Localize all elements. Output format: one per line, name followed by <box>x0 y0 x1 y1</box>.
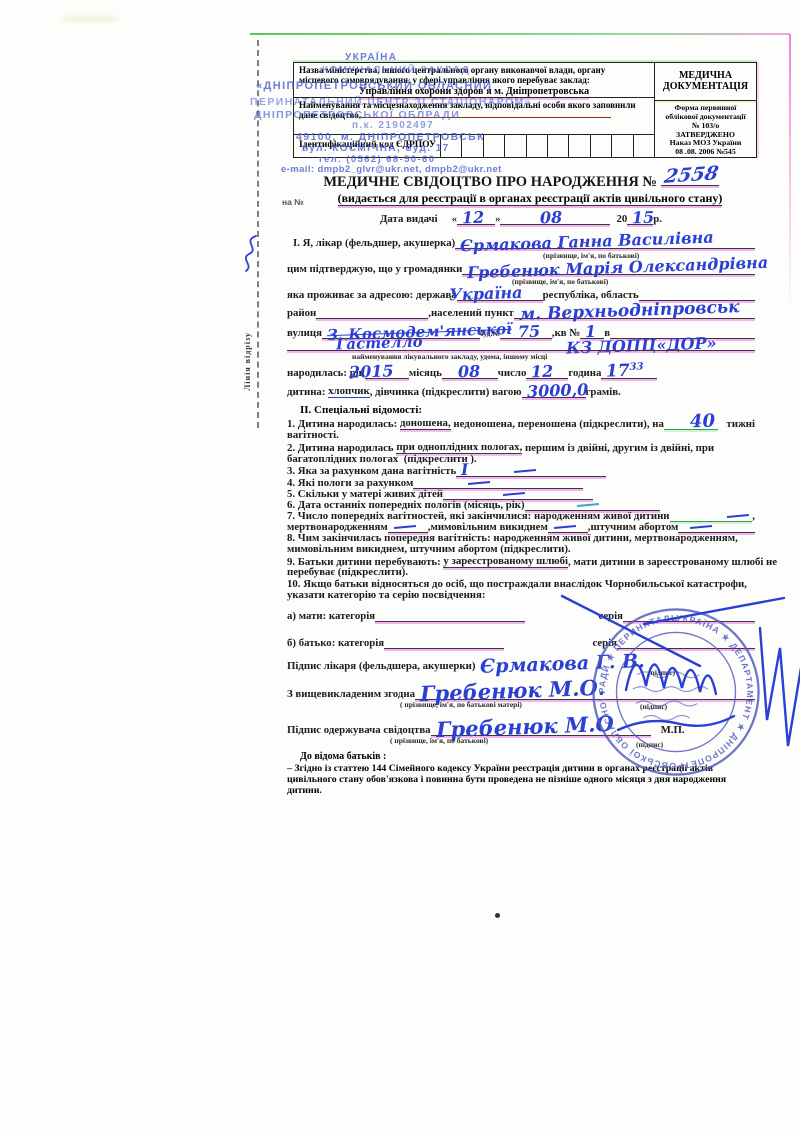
scan-right-edge-line <box>789 34 791 314</box>
birth-month-handwritten: 08 <box>458 364 481 381</box>
item1-row2: вагітності. <box>287 429 755 441</box>
issue-year-handwritten: 15 <box>632 210 655 227</box>
scan-top-edge-line <box>250 33 790 35</box>
receiver-caption: ( прізвище, ім'я, по батькові) <box>390 736 488 745</box>
birth-hour-label: година <box>568 367 601 379</box>
issue-month-handwritten: 08 <box>540 210 563 227</box>
item1-text3: вагітності. <box>287 429 339 441</box>
item9-row2: перебуває (підкреслити). <box>287 566 755 578</box>
mother-category-label: а) мати: категорія <box>287 610 375 622</box>
birth-month-blank: 08 <box>442 375 498 379</box>
pen-squiggle-mark <box>238 232 264 274</box>
issue-year-blank: 15 <box>627 221 653 225</box>
item3-row: 3. Яка за рахунком дана вагітність І <box>287 465 755 477</box>
issue-date-label: Дата видачі <box>380 213 438 225</box>
form-approval-block: Форма первинної облікової документації №… <box>655 101 756 157</box>
item8-text2: мимовільним викиднем, штучним абортом (п… <box>287 543 571 555</box>
agree-label: З вищевикладеним згодна <box>287 688 415 700</box>
institution-stamp-line: п.к. 21902497 <box>352 120 434 131</box>
birth-date-row: народилась: рік 2015 місяць 08 число 12 … <box>287 367 755 379</box>
edrpou-cell <box>547 135 568 157</box>
region-label: республіка, область <box>543 289 639 301</box>
institution-stamp-line: ПЕРИНАТАЛЬНИЙ ЦЕНТР ЗІ СТАЦІОНАРОМ» <box>250 96 532 108</box>
country-handwritten: Україна <box>448 285 522 304</box>
issue-date-row: Дата видачі « 12 » 08 20 15 р. <box>287 213 755 225</box>
med-doc-title-line2: ДОКУМЕНТАЦІЯ <box>655 81 756 92</box>
street-label: вулиця <box>287 327 322 339</box>
pen-dash <box>554 525 576 529</box>
pen-dash <box>394 525 416 529</box>
building-blank: 75 <box>500 335 552 339</box>
agree-caption: ( прізвище, ім'я, по батькові матері) <box>400 700 522 709</box>
weight-blank: 3000,0 <box>522 394 586 398</box>
item8-row2: мимовільним викиднем, штучним абортом (п… <box>287 543 755 555</box>
facility-caption: найменування лікувального закладу, удома… <box>352 352 547 361</box>
item3-handwritten: І <box>461 462 469 478</box>
header-right-cell: МЕДИЧНА ДОКУМЕНТАЦІЯ Форма первинної обл… <box>654 63 756 157</box>
pen-scribbles <box>548 580 800 800</box>
med-doc-title-line1: МЕДИЧНА <box>655 70 756 81</box>
year-prefix: 20 <box>616 213 627 225</box>
cut-line-label: Лінія відрізу <box>243 332 252 391</box>
item2-row2: багатоплідних пологах (підкреслити ). <box>287 453 755 465</box>
section2-heading: ІІ. Спеціальні відомості: <box>300 404 422 416</box>
confirm-label: цим підтверджую, що у громадянки <box>287 263 462 275</box>
document-title: МЕДИЧНЕ СВІДОЦТВО ПРО НАРОДЖЕННЯ № 2558 <box>287 174 755 191</box>
certificate-number-handwritten: 2558 <box>662 162 720 188</box>
pen-dash <box>503 492 525 496</box>
child-sex-weight-row: дитина: хлопчик , дівчинка (підкреслити)… <box>287 385 755 398</box>
med-doc-title: МЕДИЧНА ДОКУМЕНТАЦІЯ <box>655 63 756 100</box>
institution-stamp-line: КОМУНАЛЬНИЙ ЗАКЛАД <box>322 65 470 76</box>
birth-day-label: число <box>498 367 527 379</box>
edrpou-cell <box>526 135 547 157</box>
child-sex-rest-label: , дівчинка (підкреслити) вагою <box>370 386 522 398</box>
birth-year-handwritten: 2015 <box>349 363 394 381</box>
birth-month-label: місяць <box>409 367 442 379</box>
document-subtitle: (видається для реєстрації в органах реєс… <box>305 191 755 206</box>
mother-category-blank <box>375 618 525 622</box>
certificate-number-blank: 2558 <box>661 182 719 186</box>
pen-dash <box>727 514 749 518</box>
issue-day-blank: 12 <box>457 221 495 225</box>
birth-hour-handwritten: 17 <box>606 361 630 382</box>
institution-stamp-line: 49100, м. ДНІПРОПЕТРОВСЬК <box>296 131 485 143</box>
item3-label: 3. Яка за рахунком дана вагітність <box>287 465 456 477</box>
edrpou-cell <box>504 135 525 157</box>
scanned-birth-certificate: Лінія відрізу Назва міністерства, іншого… <box>0 0 800 1130</box>
mother-row: цим підтверджую, що у громадянки Гребеню… <box>287 263 755 275</box>
ink-speck <box>495 913 500 918</box>
country-blank: Україна <box>457 297 543 301</box>
pen-dash <box>577 503 599 507</box>
pen-dash <box>468 481 490 485</box>
year-suffix: р. <box>653 213 662 225</box>
weight-handwritten: 3000,0 <box>526 382 588 400</box>
child-sex-boy-underlined: хлопчик <box>328 385 370 398</box>
na-no-label: на № <box>282 197 304 207</box>
building-handwritten: 75 <box>518 324 541 341</box>
document-subtitle-text: (видається для реєстрації в органах реєс… <box>338 191 723 206</box>
child-label: дитина: <box>287 386 328 398</box>
birth-minutes-handwritten: 33 <box>630 361 644 372</box>
institution-stamp-line: вул. КОСМІЧНА, буд. 17 <box>302 143 450 154</box>
item10-text2: указати категорію та серію посвідчення: <box>287 589 485 601</box>
institution-stamp-line: «ДНІПРОПЕТРОВСЬКИЙ ОБЛАСНИЙ <box>256 80 492 92</box>
issue-day-handwritten: 12 <box>462 210 485 227</box>
doctor-name-blank: Єрмакова Ганна Василівна <box>455 245 755 249</box>
edrpou-cell <box>483 135 504 157</box>
father-category-label: б) батько: категорія <box>287 637 384 649</box>
birth-day-blank: 12 <box>526 375 568 379</box>
settlement-blank: м. Верхньодніпровськ <box>514 315 755 319</box>
item9-text3: перебуває (підкреслити). <box>287 566 408 578</box>
receiver-label: Підпис одержувача свідоцтва <box>287 724 431 736</box>
address-row-2: район ,населений пункт м. Верхньодніпров… <box>287 307 755 319</box>
edrpou-cell <box>611 135 632 157</box>
item2-text3: багатоплідних пологах (підкреслити ). <box>287 453 477 465</box>
address-label: яка проживає за адресою: держава <box>287 289 457 301</box>
birth-day-handwritten: 12 <box>531 364 554 381</box>
scan-smudge <box>60 16 120 22</box>
facility-line-row <box>287 347 755 351</box>
edrpou-cell <box>633 135 654 157</box>
settlement-label: ,населений пункт <box>428 307 514 319</box>
document-title-text: МЕДИЧНЕ СВІДОЦТВО ПРО НАРОДЖЕННЯ № <box>323 174 657 190</box>
pen-dash <box>514 469 536 473</box>
father-category-blank <box>384 645 504 649</box>
facility-handwritten: КЗ ДОПЦ«ДОР» <box>566 335 717 356</box>
apartment-label: ,кв № <box>552 327 580 339</box>
birth-year-blank: 2015 <box>365 375 409 379</box>
settlement-handwritten: м. Верхньодніпровськ <box>519 299 740 324</box>
doctor-signature-label: Підпис лікаря (фельдшера, акушерки) <box>287 660 475 672</box>
district-label: район <box>287 307 316 319</box>
parents-note-heading: До відома батьків : <box>300 751 386 762</box>
grams-label: грамів. <box>586 386 621 398</box>
doctor-row: І. Я, лікар (фельдшер, акушерка) Єрмаков… <box>287 237 755 249</box>
mother-name-blank: Гребенюк Марія Олександрівна <box>462 271 755 275</box>
doctor-label: І. Я, лікар (фельдшер, акушерка) <box>287 237 455 249</box>
name-caption: (прізвище, ім'я, по батькові) <box>512 277 608 286</box>
facility-name-blank <box>287 347 755 351</box>
edrpou-cell <box>590 135 611 157</box>
issue-month-blank: 08 <box>500 221 610 225</box>
pen-dash <box>690 525 712 529</box>
birth-hour-blank: 1733 <box>601 375 657 379</box>
district-blank <box>316 315 428 319</box>
institution-stamp-line: УКРАЇНА <box>345 52 397 63</box>
edrpou-cell <box>568 135 589 157</box>
form-line: 08 .08. 2006 №545 <box>655 148 756 157</box>
